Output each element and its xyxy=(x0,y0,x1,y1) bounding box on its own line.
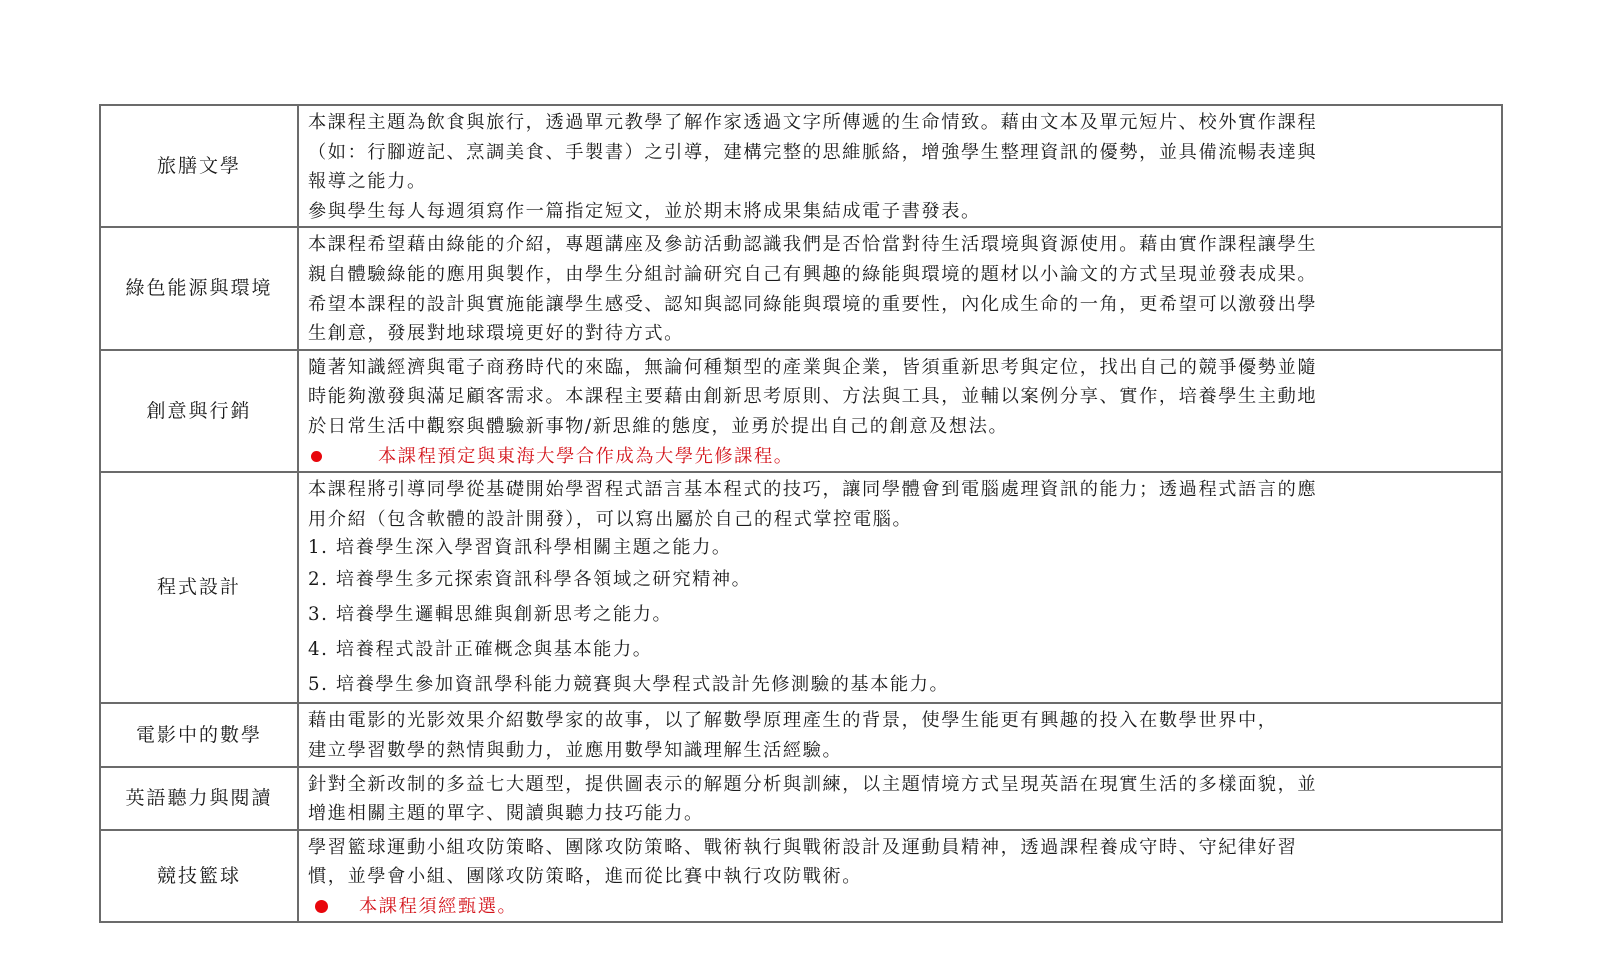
course-description: 針對全新改制的多益七大題型，提供圖表示的解題分析與訓練，以主題情境方式呈現英語在… xyxy=(298,767,1502,830)
course-description: 隨著知識經濟與電子商務時代的來臨，無論何種類型的產業與企業，皆須重新思考與定位，… xyxy=(298,350,1502,472)
description-line: 報導之能力。 xyxy=(308,167,1493,197)
table-row: 競技籃球 學習籃球運動小組攻防策略、團隊攻防策略、戰術執行與戰術設計及運動員精神… xyxy=(100,830,1502,923)
description-line: 增進相關主題的單字、閱讀與聽力技巧能力。 xyxy=(308,799,1493,829)
course-description: 本課程將引導同學從基礎開始學習程式語言基本程式的技巧，讓同學體會到電腦處理資訊的… xyxy=(298,472,1502,703)
table-row: 旅膳文學 本課程主題為飲食與旅行，透過單元教學了解作家透過文字所傳遞的生命情致。… xyxy=(100,105,1502,227)
course-name: 電影中的數學 xyxy=(100,703,298,766)
description-line: 於日常生活中觀察與體驗新事物/新思維的態度，並勇於提出自己的創意及想法。 xyxy=(308,412,1493,442)
note-text: 本課程預定與東海大學合作成為大學先修課程。 xyxy=(378,442,794,472)
description-line: 建立學習數學的熱情與動力，並應用數學知識理解生活經驗。 xyxy=(308,736,1493,766)
description-line: 時能夠激發與滿足顧客需求。本課程主要藉由創新思考原則、方法與工具，並輔以案例分享… xyxy=(308,382,1493,412)
description-line: 本課程將引導同學從基礎開始學習程式語言基本程式的技巧，讓同學體會到電腦處理資訊的… xyxy=(308,475,1493,505)
description-line: 親自體驗綠能的應用與製作，由學生分組討論研究自己有興趣的綠能與環境的題材以小論文… xyxy=(308,260,1493,290)
table-row: 程式設計 本課程將引導同學從基礎開始學習程式語言基本程式的技巧，讓同學體會到電腦… xyxy=(100,472,1502,703)
course-name: 英語聽力與閱讀 xyxy=(100,767,298,830)
course-note: 本課程預定與東海大學合作成為大學先修課程。 xyxy=(308,442,1493,472)
course-table: 旅膳文學 本課程主題為飲食與旅行，透過單元教學了解作家透過文字所傳遞的生命情致。… xyxy=(99,104,1503,923)
course-name: 旅膳文學 xyxy=(100,105,298,227)
table-row: 綠色能源與環境 本課程希望藉由綠能的介紹，專題講座及參訪活動認識我們是否恰當對待… xyxy=(100,227,1502,349)
objective-item: 4. 培養程式設計正確概念與基本能力。 xyxy=(308,632,1493,667)
table-row: 創意與行銷 隨著知識經濟與電子商務時代的來臨，無論何種類型的產業與企業，皆須重新… xyxy=(100,350,1502,472)
description-line: （如：行腳遊記、烹調美食、手製書）之引導，建構完整的思維脈絡，增強學生整理資訊的… xyxy=(308,138,1493,168)
course-description: 本課程希望藉由綠能的介紹，專題講座及參訪活動認識我們是否恰當對待生活環境與資源使… xyxy=(298,227,1502,349)
description-line: 參與學生每人每週須寫作一篇指定短文，並於期末將成果集結成電子書發表。 xyxy=(308,197,1493,227)
description-line: 本課程主題為飲食與旅行，透過單元教學了解作家透過文字所傳遞的生命情致。藉由文本及… xyxy=(308,108,1493,138)
bullet-dot-icon xyxy=(315,900,328,913)
objective-item: 5. 培養學生參加資訊學科能力競賽與大學程式設計先修測驗的基本能力。 xyxy=(308,667,1493,702)
objective-item: 3. 培養學生邏輯思維與創新思考之能力。 xyxy=(308,597,1493,632)
table-row: 英語聽力與閱讀 針對全新改制的多益七大題型，提供圖表示的解題分析與訓練，以主題情… xyxy=(100,767,1502,830)
note-text: 本課程須經甄選。 xyxy=(359,892,517,922)
course-description: 學習籃球運動小組攻防策略、團隊攻防策略、戰術執行與戰術設計及運動員精神，透過課程… xyxy=(298,830,1502,923)
description-line: 生創意，發展對地球環境更好的對待方式。 xyxy=(308,319,1493,349)
course-name: 競技籃球 xyxy=(100,830,298,923)
course-description: 藉由電影的光影效果介紹數學家的故事，以了解數學原理產生的背景，使學生能更有興趣的… xyxy=(298,703,1502,766)
description-line: 藉由電影的光影效果介紹數學家的故事，以了解數學原理產生的背景，使學生能更有興趣的… xyxy=(308,706,1493,736)
course-name: 綠色能源與環境 xyxy=(100,227,298,349)
course-description: 本課程主題為飲食與旅行，透過單元教學了解作家透過文字所傳遞的生命情致。藉由文本及… xyxy=(298,105,1502,227)
description-line: 學習籃球運動小組攻防策略、團隊攻防策略、戰術執行與戰術設計及運動員精神，透過課程… xyxy=(308,833,1493,863)
description-line: 本課程希望藉由綠能的介紹，專題講座及參訪活動認識我們是否恰當對待生活環境與資源使… xyxy=(308,230,1493,260)
description-line: 希望本課程的設計與實施能讓學生感受、認知與認同綠能與環境的重要性，內化成生命的一… xyxy=(308,290,1493,320)
course-name: 創意與行銷 xyxy=(100,350,298,472)
course-name: 程式設計 xyxy=(100,472,298,703)
objective-item: 2. 培養學生多元探索資訊科學各領域之研究精神。 xyxy=(308,562,1493,597)
objective-item: 1. 培養學生深入學習資訊科學相關主題之能力。 xyxy=(308,534,1493,562)
description-line: 針對全新改制的多益七大題型，提供圖表示的解題分析與訓練，以主題情境方式呈現英語在… xyxy=(308,770,1493,800)
description-line: 隨著知識經濟與電子商務時代的來臨，無論何種類型的產業與企業，皆須重新思考與定位，… xyxy=(308,353,1493,383)
description-line: 慣，並學會小組、團隊攻防策略，進而從比賽中執行攻防戰術。 xyxy=(308,862,1493,892)
table-row: 電影中的數學 藉由電影的光影效果介紹數學家的故事，以了解數學原理產生的背景，使學… xyxy=(100,703,1502,766)
bullet-dot-icon xyxy=(311,451,322,462)
course-note: 本課程須經甄選。 xyxy=(308,892,1493,922)
description-line: 用介紹（包含軟體的設計開發），可以寫出屬於自己的程式掌控電腦。 xyxy=(308,505,1493,535)
